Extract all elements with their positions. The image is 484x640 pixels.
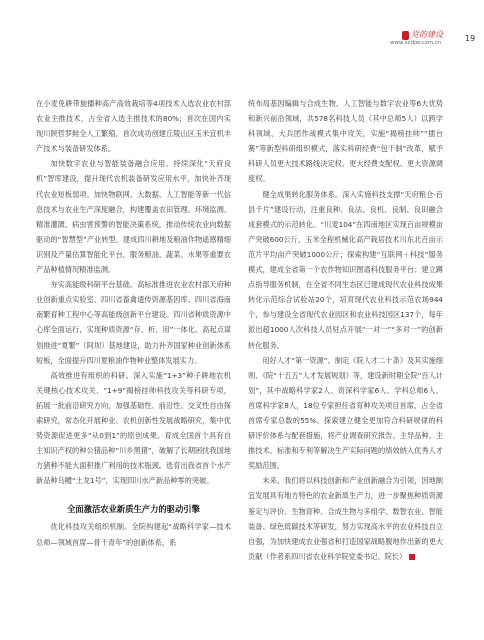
magazine-logo: 党的建设 www.scdjw.com.cn [390, 30, 460, 50]
paragraph: 高效推进有组织的科研。深入实施“1+3”种子耕地农机关键核心技术攻关、“1+9”… [36, 368, 231, 489]
final-paragraph: 未来，我们将以科技创新和产业创新融合为引领，因地制宜发展具有地方特色的农业新质生… [248, 473, 443, 564]
paragraph: 健全成果转化服务体系。深入实施科技支撑“天府粮仓·百县千片”建设行动，注重良种、… [248, 187, 443, 353]
section-heading: 全面激活农业新质生产力的驱动引擎 [36, 502, 231, 517]
page-number: 19 [465, 34, 475, 43]
magazine-title: 党的建设 [411, 29, 443, 40]
paragraph: 统布局基因编辑与合成生物、人工智能与数字农业等6大优势和新兴前沿领域，共578名… [248, 96, 443, 187]
paragraph: 在小麦免耕带旋播种高产高效栽培等4项技术入选农业农村部农业主推技术，占全省入选主… [36, 96, 231, 156]
paragraph-text: 未来，我们将以科技创新和产业创新融合为引领，因地制宜发展具有地方特色的农业新质生… [248, 476, 443, 560]
paragraph: 加快数字农业与智能装备融合应用。持续深化“天府良机”智库建设，提升现代农机装备研… [36, 156, 231, 277]
right-column: 统布局基因编辑与合成生物、人工智能与数字农业等6大优势和新兴前沿领域，共578名… [248, 96, 443, 564]
left-column: 在小麦免耕带旋播种高产高效栽培等4项技术入选农业农村部农业主推技术，占全省入选主… [36, 96, 231, 550]
page-header: 党的建设 www.scdjw.com.cn 19 [0, 30, 484, 50]
website-url: www.scdjw.com.cn [390, 40, 441, 46]
party-emblem-icon [402, 31, 409, 40]
paragraph: 用好人才“第一资源”。制定《院人才二十条》及其实施细则、《院“十五五”人才发展规… [248, 353, 443, 474]
paragraph: 夯实高能级科研平台基础。高标准推进农业农村部天府种业创新重点实验室、四川省畜禽遗… [36, 277, 231, 368]
article-end-icon [409, 554, 415, 560]
paragraph: 优化科技攻关组织机制。全院构建起“战略科学家—技术总师—领域首席—骨干青年”的创… [36, 519, 231, 549]
